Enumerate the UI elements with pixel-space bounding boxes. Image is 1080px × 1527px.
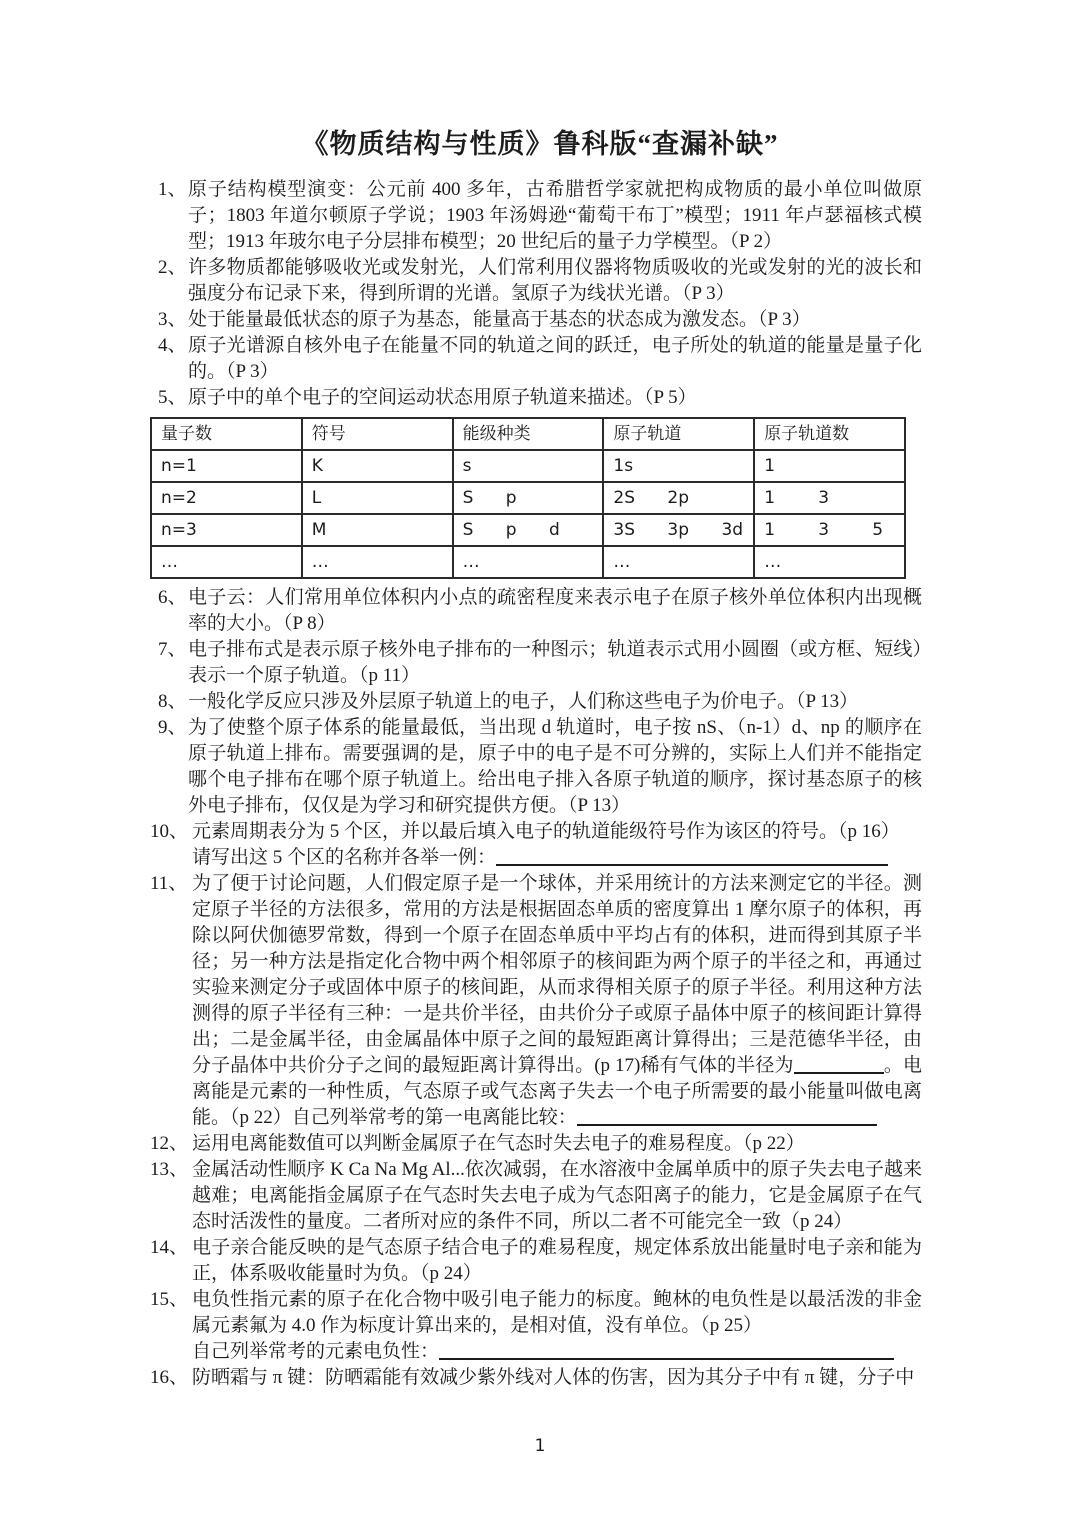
item-text: 处于能量最低状态的原子为基态，能量高于基态的状态成为激发态。（P 3） xyxy=(188,309,811,330)
table-header-row: 量子数 符号 能级种类 原子轨道 原子轨道数 xyxy=(151,418,905,450)
item-text: 元素周期表分为 5 个区，并以最后填入电子的轨道能级符号作为该区的符号。（p 1… xyxy=(192,821,900,842)
item-number: 14、 xyxy=(150,1235,192,1287)
table-cell: s xyxy=(453,450,604,482)
item-number: 6、 xyxy=(158,585,188,637)
item-text: 原子光谱源自核外电子在能量不同的轨道之间的跃迁，电子所处的轨道的能量是量子化的。… xyxy=(188,335,922,382)
item-number: 11、 xyxy=(150,871,192,1131)
table-cell: L xyxy=(302,482,453,514)
item-number: 9、 xyxy=(158,715,188,819)
document-title: 《物质结构与性质》鲁科版“查漏补缺” xyxy=(158,126,922,162)
item-text: 原子中的单个电子的空间运动状态用原子轨道来描述。（P 5） xyxy=(188,387,697,408)
list-item-8: 8、 一般化学反应只涉及外层原子轨道上的电子，人们称这些电子为价电子。（P 13… xyxy=(158,689,922,715)
item-text: 原子结构模型演变：公元前 400 多年，古希腊哲学家就把构成物质的最小单位叫做原… xyxy=(188,179,922,252)
list-item-4: 4、 原子光谱源自核外电子在能量不同的轨道之间的跃迁，电子所处的轨道的能量是量子… xyxy=(158,333,922,385)
fill-in-blank xyxy=(496,852,888,866)
table-cell: 1 3 xyxy=(754,482,905,514)
list-item-7: 7、 电子排布式是表示原子核外电子排布的一种图示；轨道表示式用小圆圈（或方框、短… xyxy=(158,637,922,689)
item-number: 16、 xyxy=(150,1365,192,1391)
table-cell: … xyxy=(151,546,302,578)
item-text: 请写出这 5 个区的名称并各举一例： xyxy=(192,847,496,868)
list-item-14: 14、 电子亲合能反映的是气态原子结合电子的难易程度，规定体系放出能量时电子亲和… xyxy=(158,1235,922,1287)
list-item-11: 11、 为了便于讨论问题，人们假定原子是一个球体，并采用统计的方法来测定它的半径… xyxy=(158,871,922,1131)
fill-in-blank xyxy=(794,1060,884,1074)
table-cell: 1s xyxy=(603,450,754,482)
table-header-cell: 原子轨道 xyxy=(603,418,754,450)
item-text: 自己列举常考的元素电负性： xyxy=(192,1341,439,1362)
list-item-3: 3、 处于能量最低状态的原子为基态，能量高于基态的状态成为激发态。（P 3） xyxy=(158,307,922,333)
item-text: 运用电离能数值可以判断金属原子在气态时失去电子的难易程度。（p 22） xyxy=(192,1133,805,1154)
item-number: 8、 xyxy=(158,689,188,715)
list-item-2: 2、 许多物质都能够吸收光或发射光，人们常利用仪器将物质吸收的光或发射的光的波长… xyxy=(158,255,922,307)
list-item-15: 15、 电负性指元素的原子在化合物中吸引电子能力的标度。鲍林的电负性是以最活泼的… xyxy=(158,1287,922,1365)
list-item-5: 5、 原子中的单个电子的空间运动状态用原子轨道来描述。（P 5） xyxy=(158,385,922,411)
item-text: 电子排布式是表示原子核外电子排布的一种图示；轨道表示式用小圆圈（或方框、短线）表… xyxy=(188,639,922,686)
table-cell: S p d xyxy=(453,514,604,546)
table-cell: 1 xyxy=(754,450,905,482)
table-cell: n=3 xyxy=(151,514,302,546)
table-header-cell: 符号 xyxy=(302,418,453,450)
table-cell: n=1 xyxy=(151,450,302,482)
item-text: 防晒霜与 π 键：防晒霜能有效减少紫外线对人体的伤害，因为其分子中有 π 键，分… xyxy=(192,1367,914,1388)
item-text: 为了使整个原子体系的能量最低，当出现 d 轨道时，电子按 nS、（n-1）d、n… xyxy=(188,717,922,816)
fill-in-blank xyxy=(577,1112,877,1126)
table-cell: 2S 2p xyxy=(603,482,754,514)
table-row: n=1 K s 1s 1 xyxy=(151,450,905,482)
table-cell: … xyxy=(302,546,453,578)
table-header-cell: 量子数 xyxy=(151,418,302,450)
table-cell: 1 3 5 xyxy=(754,514,905,546)
table-cell: n=2 xyxy=(151,482,302,514)
table-row: n=2 L S p 2S 2p 1 3 xyxy=(151,482,905,514)
item-text: 电子云：人们常用单位体积内小点的疏密程度来表示电子在原子核外单位体积内出现概率的… xyxy=(188,587,922,634)
item-number: 15、 xyxy=(150,1287,192,1365)
item-text: 一般化学反应只涉及外层原子轨道上的电子，人们称这些电子为价电子。（P 13） xyxy=(188,691,858,712)
item-text: 电负性指元素的原子在化合物中吸引电子能力的标度。鲍林的电负性是以最活泼的非金属元… xyxy=(192,1289,922,1336)
list-item-13: 13、 金属活动性顺序 K Ca Na Mg Al...依次减弱，在水溶液中金属… xyxy=(158,1157,922,1235)
table-row: … … … … … xyxy=(151,546,905,578)
document-page: 《物质结构与性质》鲁科版“查漏补缺” 1、 原子结构模型演变：公元前 400 多… xyxy=(0,0,1080,1527)
item-number: 4、 xyxy=(158,333,188,385)
item-text: 为了便于讨论问题，人们假定原子是一个球体，并采用统计的方法来测定它的半径。测定原… xyxy=(192,873,922,1076)
item-number: 3、 xyxy=(158,307,188,333)
page-number: 1 xyxy=(158,1433,922,1459)
item-number: 10、 xyxy=(150,819,192,871)
table-cell: … xyxy=(754,546,905,578)
table-header-cell: 原子轨道数 xyxy=(754,418,905,450)
table-row: n=3 M S p d 3S 3p 3d 1 3 5 xyxy=(151,514,905,546)
table-cell: K xyxy=(302,450,453,482)
list-item-1: 1、 原子结构模型演变：公元前 400 多年，古希腊哲学家就把构成物质的最小单位… xyxy=(158,177,922,255)
list-item-10: 10、 元素周期表分为 5 个区，并以最后填入电子的轨道能级符号作为该区的符号。… xyxy=(158,819,922,871)
item-number: 2、 xyxy=(158,255,188,307)
item-number: 12、 xyxy=(150,1131,192,1157)
table-header-cell: 能级种类 xyxy=(453,418,604,450)
item-number: 5、 xyxy=(158,385,188,411)
table-cell: … xyxy=(603,546,754,578)
item-number: 7、 xyxy=(158,637,188,689)
quantum-number-table: 量子数 符号 能级种类 原子轨道 原子轨道数 n=1 K s 1s 1 n=2 … xyxy=(150,417,906,579)
fill-in-blank xyxy=(439,1346,894,1360)
item-text: 电子亲合能反映的是气态原子结合电子的难易程度，规定体系放出能量时电子亲和能为正，… xyxy=(192,1237,922,1284)
list-item-9: 9、 为了使整个原子体系的能量最低，当出现 d 轨道时，电子按 nS、（n-1）… xyxy=(158,715,922,819)
item-number: 13、 xyxy=(150,1157,192,1235)
list-item-6: 6、 电子云：人们常用单位体积内小点的疏密程度来表示电子在原子核外单位体积内出现… xyxy=(158,585,922,637)
list-item-12: 12、 运用电离能数值可以判断金属原子在气态时失去电子的难易程度。（p 22） xyxy=(158,1131,922,1157)
table-cell: S p xyxy=(453,482,604,514)
table-cell: M xyxy=(302,514,453,546)
item-text: 许多物质都能够吸收光或发射光，人们常利用仪器将物质吸收的光或发射的光的波长和强度… xyxy=(188,257,922,304)
table-cell: 3S 3p 3d xyxy=(603,514,754,546)
item-text: 金属活动性顺序 K Ca Na Mg Al...依次减弱，在水溶液中金属单质中的… xyxy=(192,1159,922,1232)
list-item-16: 16、 防晒霜与 π 键：防晒霜能有效减少紫外线对人体的伤害，因为其分子中有 π… xyxy=(158,1365,922,1391)
item-number: 1、 xyxy=(158,177,188,255)
table-cell: … xyxy=(453,546,604,578)
